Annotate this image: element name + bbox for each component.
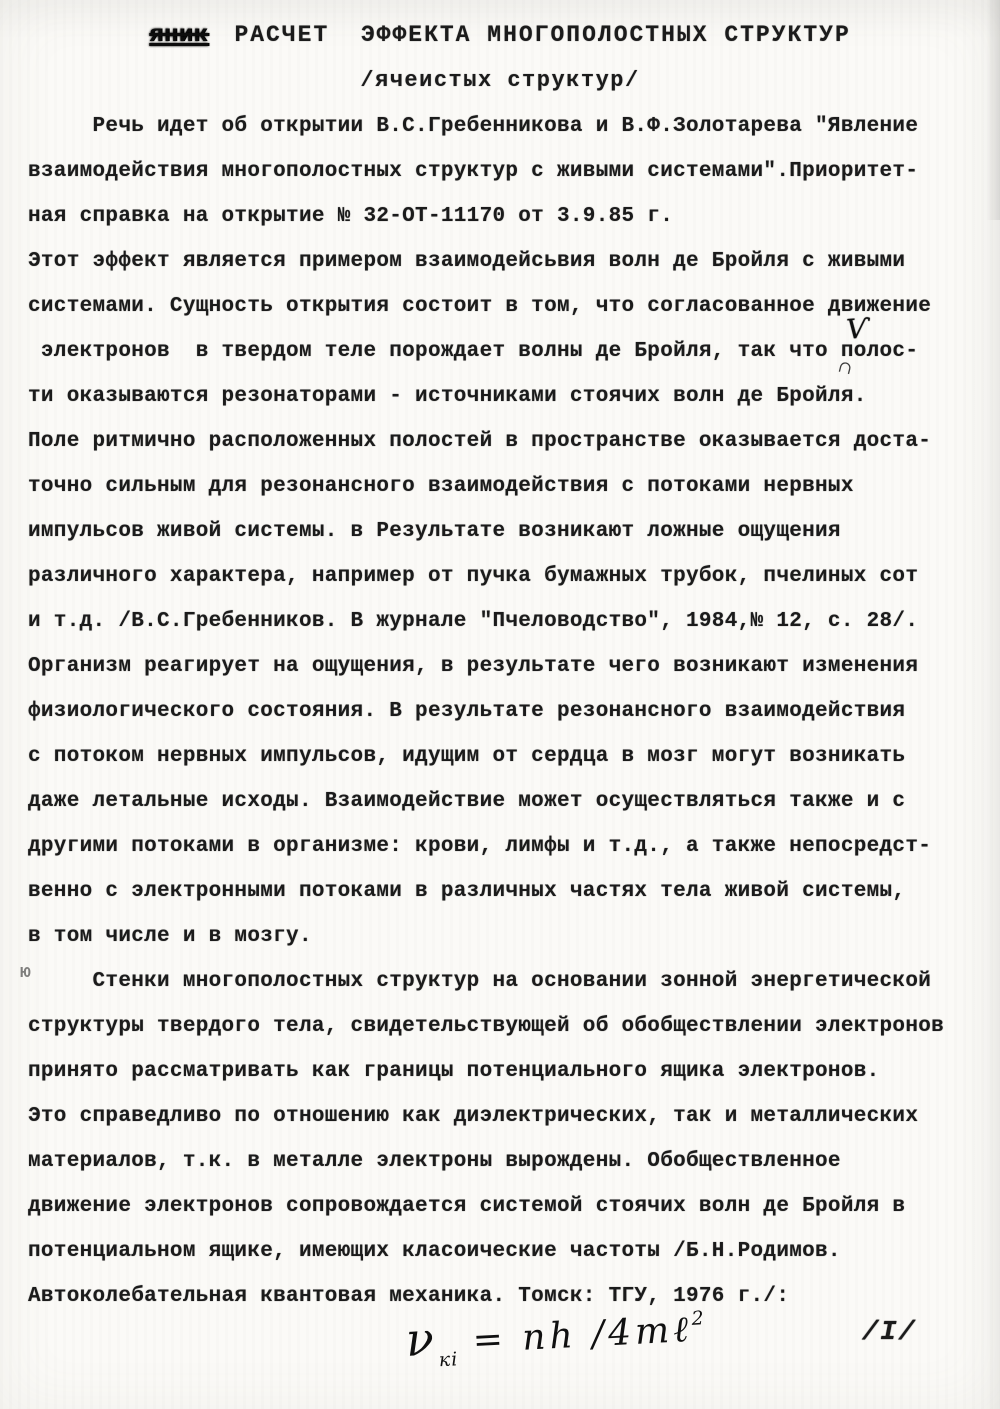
text-line: даже летальные исходы. Взаимодействие мо… <box>28 779 990 824</box>
formula-nu: ν <box>404 1311 439 1367</box>
text-line: и т.д. /В.С.Гребенников. В журнале "Пчел… <box>28 599 990 644</box>
text-line: потенциальном ящике, имеющих класоически… <box>28 1229 990 1274</box>
text-line: в том числе и в мозгу. <box>28 914 990 959</box>
scanned-document-page: яникРАСЧЕТ ЭФФЕКТА МНОГОПОЛОСТНЫХ СТРУКТ… <box>0 0 1000 1409</box>
handwritten-insert-caret: Ѵ <box>845 313 870 346</box>
text-line: ти оказываются резонаторами - источникам… <box>28 374 990 419</box>
text-line: точно сильным для резонансного взаимодей… <box>28 464 990 509</box>
stray-margin-character: ю <box>20 963 31 983</box>
text-line: венно с электронными потоками в различны… <box>28 869 990 914</box>
struck-out-word: яник <box>149 12 208 58</box>
text-line: Это справедливо по отношению как диэлект… <box>28 1094 990 1139</box>
formula-body: = nh /4mℓ <box>456 1309 693 1362</box>
text-line: Поле ритмично расположенных полостей в п… <box>28 419 990 464</box>
text-line: материалов, т.к. в металле электроны выр… <box>28 1139 990 1184</box>
text-line: Речь идет об открытии В.С.Гребенникова и… <box>28 104 990 149</box>
text-line: взаимодействия многополостных структур с… <box>28 149 990 194</box>
text-line: Организм реагирует на ощущения, в резуль… <box>28 644 990 689</box>
formula-exponent: 2 <box>691 1307 708 1330</box>
text-line: ная справка на открытие № 32-ОТ-11170 от… <box>28 194 990 239</box>
text-line: принято рассматривать как границы потенц… <box>28 1049 990 1094</box>
text-line: импульсов живой системы. в Результате во… <box>28 509 990 554</box>
text-line: Стенки многополостных структур на основа… <box>28 959 990 1004</box>
text-line: структуры твердого тела, свидетельствующ… <box>28 1004 990 1049</box>
text-line: другими потоками в организме: крови, лим… <box>28 824 990 869</box>
text-line: физиологического состояния. В результате… <box>28 689 990 734</box>
text-line: Этот эффект является примером взаимодейс… <box>28 239 990 284</box>
document-title: РАСЧЕТ ЭФФЕКТА МНОГОПОЛОСТНЫХ СТРУКТУР <box>234 22 850 48</box>
document-header: яникРАСЧЕТ ЭФФЕКТА МНОГОПОЛОСТНЫХ СТРУКТ… <box>0 12 1000 104</box>
text-line: различного характера, например от пучка … <box>28 554 990 599</box>
formula-subscript: кі <box>438 1348 459 1371</box>
document-body: Речь идет об открытии В.С.Гребенникова и… <box>28 104 990 1319</box>
text-line: движение электронов сопровождается систе… <box>28 1184 990 1229</box>
text-line: с потоком нервных импульсов, идущим от с… <box>28 734 990 779</box>
document-title-row: яникРАСЧЕТ ЭФФЕКТА МНОГОПОЛОСТНЫХ СТРУКТ… <box>0 12 1000 58</box>
document-subtitle: /ячеистых структур/ <box>0 58 1000 104</box>
page-number: /I/ <box>862 1318 917 1348</box>
